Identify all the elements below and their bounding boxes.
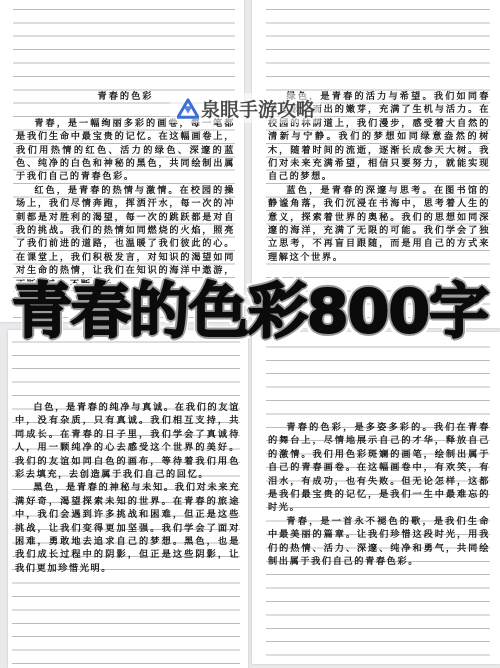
paragraph: 红色，是青春的热情与激情。在校园的操场上，我们尽情奔跑，挥洒汗水，每一次的冲刺都… xyxy=(16,184,235,291)
paragraph: 青春的色彩，是多姿多彩的。我们在青春的舞台上，尽情地展示自己的才华，释放自己的激… xyxy=(268,421,490,515)
paragraph: 黑色，是青春的神秘与未知。我们对未来充满好奇，渴望探索未知的世界。在青春的旅途中… xyxy=(15,481,240,575)
essay-page-top-left: 青春的色彩 青春，是一幅绚丽多彩的画卷，每一笔都是我们生命中最宝贵的记忆。在这幅… xyxy=(0,0,244,322)
essay-page-bottom-left: 白色，是青春的纯净与真诚。在我们的友谊中，没有杂质，只有真诚。我们相互支持，共同… xyxy=(8,330,248,668)
overlay-title: 青春的色彩800字 xyxy=(0,276,500,348)
essay-text: 青春的色彩，是多姿多彩的。我们在青春的舞台上，尽情地展示自己的才华，释放自己的激… xyxy=(268,421,490,568)
paragraph: 青春，是一首永不褪色的歌，是我们生命中最美丽的篇章。让我们珍惜这段时光，用我们的… xyxy=(268,515,490,569)
paragraph: 白色，是青春的纯净与真诚。在我们的友谊中，没有杂质，只有真诚。我们相互支持，共同… xyxy=(15,401,240,481)
essay-text: 白色，是青春的纯净与真诚。在我们的友谊中，没有杂质，只有真诚。我们相互支持，共同… xyxy=(15,401,240,575)
paragraph: 蓝色，是青春的深邃与思考。在图书馆的静谧角落，我们沉浸在书海中，思考着人生的意义… xyxy=(268,184,490,264)
paragraph: 青春，是一幅绚丽多彩的画卷，每一笔都是我们生命中最宝贵的记忆。在这幅画卷上，我们… xyxy=(16,117,235,184)
essay-page-bottom-right: 青春的色彩，是多姿多彩的。我们在青春的舞台上，尽情地展示自己的才华，释放自己的激… xyxy=(252,332,500,664)
watermark-backdrop xyxy=(170,93,320,123)
